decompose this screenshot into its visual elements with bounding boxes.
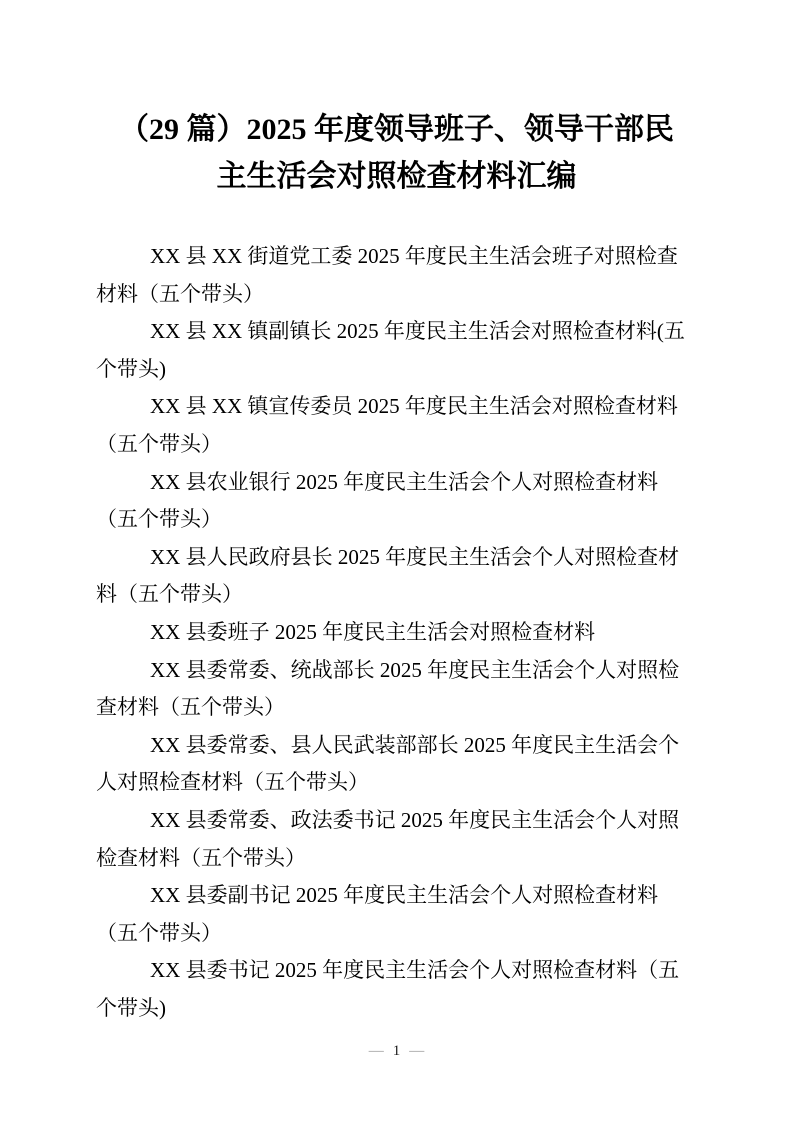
- toc-line: 个带头): [96, 990, 697, 1028]
- toc-line: 个带头): [96, 351, 697, 389]
- toc-item-8: XX 县委常委、县人民武装部部长 2025 年度民主生活会个 人对照检查材料（五…: [96, 727, 697, 802]
- toc-item-9: XX 县委常委、政法委书记 2025 年度民主生活会个人对照 检查材料（五个带头…: [96, 802, 697, 877]
- toc-line: XX 县农业银行 2025 年度民主生活会个人对照检查材料: [96, 464, 697, 502]
- toc-line: XX 县委书记 2025 年度民主生活会个人对照检查材料（五: [96, 952, 697, 990]
- toc-line: （五个带头）: [96, 915, 697, 953]
- toc-line: XX 县委班子 2025 年度民主生活会对照检查材料: [96, 614, 697, 652]
- toc-line: XX 县委常委、政法委书记 2025 年度民主生活会个人对照: [96, 802, 697, 840]
- document-title: （29 篇）2025 年度领导班子、领导干部民 主生活会对照检查材料汇编: [0, 0, 793, 200]
- toc-item-3: XX 县 XX 镇宣传委员 2025 年度民主生活会对照检查材料 （五个带头）: [96, 388, 697, 463]
- toc-line: 人对照检查材料（五个带头）: [96, 764, 697, 802]
- toc-line: 查材料（五个带头）: [96, 689, 697, 727]
- toc-line: 检查材料（五个带头）: [96, 840, 697, 878]
- toc-line: （五个带头）: [96, 426, 697, 464]
- toc-line: XX 县委常委、统战部长 2025 年度民主生活会个人对照检: [96, 652, 697, 690]
- title-line-1: （29 篇）2025 年度领导班子、领导干部民: [60, 106, 733, 153]
- document-page: （29 篇）2025 年度领导班子、领导干部民 主生活会对照检查材料汇编 XX …: [0, 0, 793, 1122]
- page-footer: —1—: [0, 1042, 793, 1060]
- toc-line: XX 县人民政府县长 2025 年度民主生活会个人对照检查材: [96, 539, 697, 577]
- footer-dash-left: —: [360, 1043, 393, 1059]
- toc-line: XX 县 XX 街道党工委 2025 年度民主生活会班子对照检查: [96, 238, 697, 276]
- toc-item-2: XX 县 XX 镇副镇长 2025 年度民主生活会对照检查材料(五 个带头): [96, 313, 697, 388]
- toc-line: 料（五个带头）: [96, 576, 697, 614]
- toc-item-7: XX 县委常委、统战部长 2025 年度民主生活会个人对照检 查材料（五个带头）: [96, 652, 697, 727]
- title-line-2: 主生活会对照检查材料汇编: [60, 153, 733, 200]
- toc-item-6: XX 县委班子 2025 年度民主生活会对照检查材料: [96, 614, 697, 652]
- toc-line: （五个带头）: [96, 501, 697, 539]
- toc-list: XX 县 XX 街道党工委 2025 年度民主生活会班子对照检查 材料（五个带头…: [96, 238, 697, 1027]
- toc-item-5: XX 县人民政府县长 2025 年度民主生活会个人对照检查材 料（五个带头）: [96, 539, 697, 614]
- footer-dash-right: —: [400, 1043, 433, 1059]
- toc-line: XX 县 XX 镇副镇长 2025 年度民主生活会对照检查材料(五: [96, 313, 697, 351]
- toc-item-1: XX 县 XX 街道党工委 2025 年度民主生活会班子对照检查 材料（五个带头…: [96, 238, 697, 313]
- toc-line: XX 县 XX 镇宣传委员 2025 年度民主生活会对照检查材料: [96, 388, 697, 426]
- toc-item-11: XX 县委书记 2025 年度民主生活会个人对照检查材料（五 个带头): [96, 952, 697, 1027]
- toc-item-4: XX 县农业银行 2025 年度民主生活会个人对照检查材料 （五个带头）: [96, 464, 697, 539]
- toc-line: XX 县委副书记 2025 年度民主生活会个人对照检查材料: [96, 877, 697, 915]
- toc-line: XX 县委常委、县人民武装部部长 2025 年度民主生活会个: [96, 727, 697, 765]
- toc-item-10: XX 县委副书记 2025 年度民主生活会个人对照检查材料 （五个带头）: [96, 877, 697, 952]
- toc-line: 材料（五个带头）: [96, 276, 697, 314]
